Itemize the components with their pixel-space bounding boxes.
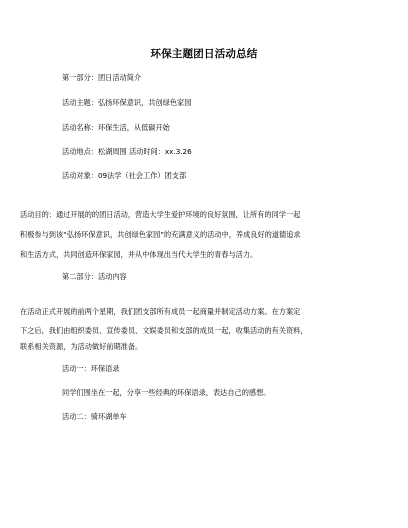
purpose-line-2: 积极参与到该“弘扬环保意识，共创绿色家园”的充满意义的活动中，养成良好的道德追求 <box>20 230 301 240</box>
purpose-line-1: 活动目的：通过开展的的团日活动，营造大学生爱护环境的良好氛围，让所有的同学一起 <box>20 210 300 220</box>
activity-name: 活动名称：环保生活，从低碳开始 <box>62 123 170 133</box>
activity-target: 活动对象：09法学（社会工作）团支部 <box>62 171 186 181</box>
activity1-text: 同学们围坐在一起，分享一些经典的环保语录，表达自己的感想。 <box>62 388 270 398</box>
activity1-heading: 活动一：环保语录 <box>62 364 120 374</box>
activity-location-time: 活动地点：松湖周围 活动时间：xx.3.26 <box>62 147 192 157</box>
activity2-heading: 活动二：骑环湖单车 <box>62 412 127 422</box>
section2-heading: 第二部分：活动内容 <box>62 272 127 282</box>
document-title: 环保主题团日活动总结 <box>0 46 408 61</box>
prep-line-2: 下之后，我们由组织委员、宣传委员、文娱委员和支部的成员一起，收集活动的有关资料， <box>20 326 308 336</box>
section1-heading: 第一部分：团日活动简介 <box>62 73 141 83</box>
purpose-line-3: 和生活方式，共同创造环保家园，并从中体现出当代大学生的青春与活力。 <box>20 250 257 260</box>
prep-line-1: 在活动正式开展的前两个星期，我们团支部所有成员一起商量并制定活动方案。在方案定 <box>20 307 300 317</box>
prep-line-3: 联系相关资源，为活动做好前期准备。 <box>20 342 142 352</box>
activity-theme: 活动主题：弘扬环保意识，共创绿色家园 <box>62 98 191 108</box>
document-page: 环保主题团日活动总结 第一部分：团日活动简介 活动主题：弘扬环保意识，共创绿色家… <box>0 0 408 528</box>
